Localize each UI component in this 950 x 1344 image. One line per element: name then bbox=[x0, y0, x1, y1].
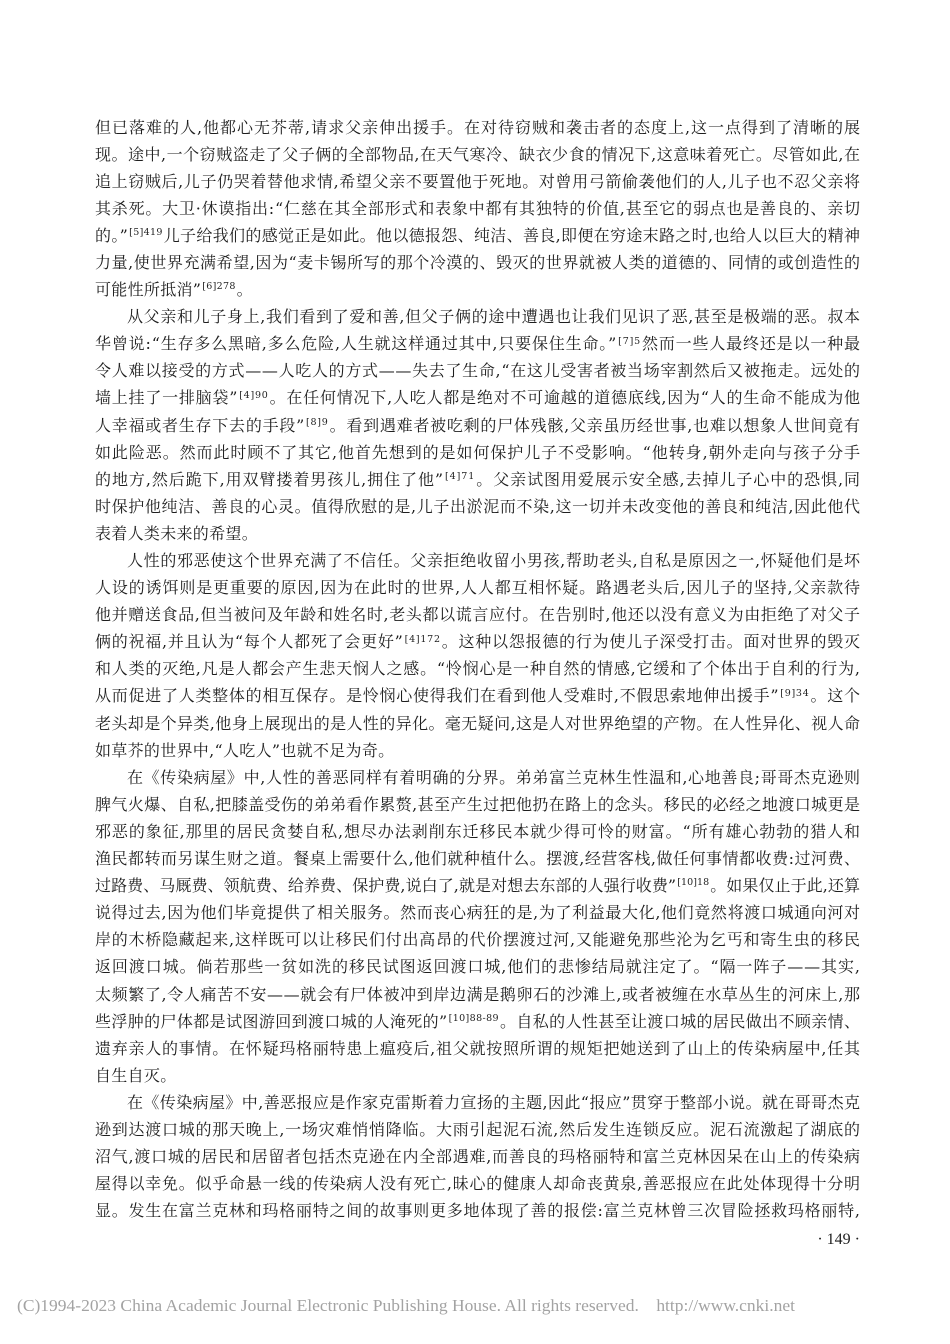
text-segment: 老头却是个异类,他身上展现出的是人性的异化。毫无疑问,这是人对世界绝望的产物。在… bbox=[95, 714, 860, 733]
line-content: 沼气,渡口城的居民和居留者包括杰克逊在内全部遇难,而善良的玛格丽特和富兰克林因呆… bbox=[95, 1143, 861, 1170]
line-content: 令人难以接受的方式——人吃人的方式——失去了生命,“在这儿受害者被当场宰割然后又… bbox=[95, 357, 861, 384]
text-line: 返回渡口城。倘若那些一贫如洗的移民试图返回渡口城,他们的悲惨结局就注定了。“隔一… bbox=[95, 953, 860, 980]
text-line: 和人类的灭绝,凡是人都会产生悲天悯人之感。“怜悯心是一种自然的情感,它缓和了个体… bbox=[95, 655, 860, 682]
text-segment: 他并赠送食品,但当被问及年龄和姓名时,老头都以谎言应付。在告别时,他还以没有意义… bbox=[95, 605, 861, 624]
text-segment: 在《传染病屋》中,人性的善恶同样有着明确的分界。弟弟富兰克林生性温和,心地善良;… bbox=[127, 768, 861, 787]
text-line: 自生自灭。 bbox=[95, 1062, 860, 1089]
line-content: 力量,使世界充满希望,因为“麦卡锡所写的那个冷漠的、毁灭的世界就被人类的道德的、… bbox=[95, 249, 861, 276]
text-segment: 人性的邪恶使这个世界充满了不信任。父亲拒绝收留小男孩,帮助老头,自私是原因之一,… bbox=[127, 551, 861, 570]
text-line: 邪恶的象征,那里的居民贪婪自私,想尽办法剥削东迁移民本就少得可怜的财富。“所有雄… bbox=[95, 818, 860, 845]
text-segment: 返回渡口城。倘若那些一贫如洗的移民试图返回渡口城,他们的悲惨结局就注定了。“隔一… bbox=[95, 957, 861, 976]
text-segment: 华曾说:“生存多么黑暗,多么危险,人生就这样通过其中,只要保住生命。” bbox=[95, 334, 617, 353]
text-line: 渔民都转而另谋生财之道。餐桌上需要什么,他们就种植什么。摆渡,经营客栈,做任何事… bbox=[95, 845, 860, 872]
text-segment: 时保护他纯洁、善良的心灵。值得欣慰的是,儿子出淤泥而不染,这一切并未改变他的善良… bbox=[95, 497, 861, 516]
text-line: 岸的木桥隐藏起来,这样既可以让移民们付出高昂的代价摆渡过河,又能避免那些沦为乞丐… bbox=[95, 926, 860, 953]
citation-superscript: [5]419 bbox=[128, 227, 164, 238]
text-line: 些浮肿的尸体都是试图游回到渡口城的人淹死的”[10]88-89。自私的人性甚至让… bbox=[95, 1008, 860, 1035]
text-line: 其杀死。大卫·休谟指出:“仁慈在其全部形式和表象中都有其独特的价值,甚至它的弱点… bbox=[95, 195, 860, 222]
article-body: 但已落难的人,他都心无芥蒂,请求父亲伸出援手。在对待窃贼和袭击者的态度上,这一点… bbox=[95, 114, 860, 1225]
line-content: 在《传染病屋》中,人性的善恶同样有着明确的分界。弟弟富兰克林生性温和,心地善良;… bbox=[127, 764, 861, 791]
text-segment: 。在任何情况下,人吃人都是绝对不可逾越的道德底线,因为“人的生命不能成为他 bbox=[270, 388, 861, 407]
text-segment: 岸的木桥隐藏起来,这样既可以让移民们付出高昂的代价摆渡过河,又能避免那些沦为乞丐… bbox=[95, 930, 861, 949]
text-segment: 可能性所抵消” bbox=[95, 280, 201, 299]
text-segment: 邪恶的象征,那里的居民贪婪自私,想尽办法剥削东迁移民本就少得可怜的财富。“所有雄… bbox=[95, 822, 861, 841]
text-segment: 追上窃贼后,儿子仍哭着替他求情,希望父亲不要置他于死地。对曾用弓箭偷袭他们的人,… bbox=[95, 172, 861, 191]
text-line: 但已落难的人,他都心无芥蒂,请求父亲伸出援手。在对待窃贼和袭击者的态度上,这一点… bbox=[95, 114, 860, 141]
text-segment: 遗弃亲人的事情。在怀疑玛格丽特患上瘟疫后,祖父就按照所谓的规矩把她送到了山上的传… bbox=[95, 1039, 861, 1058]
text-segment: 人幸福或者生存下去的手段” bbox=[95, 416, 305, 435]
text-line: 在《传染病屋》中,善恶报应是作家克雷斯着力宣扬的主题,因此“报应”贯穿于整部小说… bbox=[95, 1089, 860, 1116]
text-segment: 的。” bbox=[95, 226, 128, 245]
text-line: 的地方,然后跪下,用双臂搂着男孩儿,拥住了他”[4]71。父亲试图用爱展示安全感… bbox=[95, 466, 860, 493]
text-segment: 从父亲和儿子身上,我们看到了爱和善,但父子俩的途中遭遇也让我们见识了恶,甚至是极… bbox=[127, 307, 861, 326]
line-content: 现。途中,一个窃贼盗走了父子俩的全部物品,在天气寒冷、缺衣少食的情况下,这意味着… bbox=[95, 141, 861, 168]
line-content: 其杀死。大卫·休谟指出:“仁慈在其全部形式和表象中都有其独特的价值,甚至它的弱点… bbox=[95, 195, 861, 222]
text-segment: 屋得以幸免。似乎命悬一线的传染病人没有死亡,昧心的健康人却命丧黄泉,善恶报应在此… bbox=[95, 1174, 861, 1193]
text-line: 表着人类未来的希望。 bbox=[95, 520, 860, 547]
text-segment: 。这个 bbox=[811, 686, 861, 705]
text-segment: 现。途中,一个窃贼盗走了父子俩的全部物品,在天气寒冷、缺衣少食的情况下,这意味着… bbox=[95, 145, 861, 164]
line-content: 遗弃亲人的事情。在怀疑玛格丽特患上瘟疫后,祖父就按照所谓的规矩把她送到了山上的传… bbox=[95, 1035, 861, 1062]
text-line: 过路费、马厩费、领航费、给养费、保护费,说白了,就是对想去东部的人强行收费”[1… bbox=[95, 872, 860, 899]
text-line: 人设的诱饵则是更重要的原因,因为在此时的世界,人人都互相怀疑。路遇老头后,因儿子… bbox=[95, 574, 860, 601]
text-segment: 些浮肿的尸体都是试图游回到渡口城的人淹死的” bbox=[95, 1012, 448, 1031]
line-content: 说得过去,因为他们毕竟提供了相关服务。然而丧心病狂的是,为了利益最大化,他们竟然… bbox=[95, 899, 861, 926]
citation-superscript: [6]278 bbox=[201, 281, 236, 292]
citation-superscript: [4]71 bbox=[444, 471, 476, 482]
text-line: 可能性所抵消”[6]278。 bbox=[95, 276, 860, 303]
text-segment: 力量,使世界充满希望,因为“麦卡锡所写的那个冷漠的、毁灭的世界就被人类的道德的、… bbox=[95, 253, 861, 272]
line-content: 脾气火爆、自私,把膝盖受伤的弟弟看作累赘,甚至产生过把他扔在路上的念头。移民的必… bbox=[95, 791, 860, 818]
text-line: 他并赠送食品,但当被问及年龄和姓名时,老头都以谎言应付。在告别时,他还以没有意义… bbox=[95, 601, 860, 628]
text-segment: 如此险恶。然而此时顾不了其它,他首先想到的是如何保护儿子不受影响。“他转身,朝外… bbox=[95, 443, 861, 462]
text-segment: 。这种以怨报德的行为使儿子深受打击。面对世界的毁灭 bbox=[442, 632, 861, 651]
line-content: 从父亲和儿子身上,我们看到了爱和善,但父子俩的途中遭遇也让我们见识了恶,甚至是极… bbox=[127, 303, 861, 330]
text-line: 如此险恶。然而此时顾不了其它,他首先想到的是如何保护儿子不受影响。“他转身,朝外… bbox=[95, 439, 860, 466]
text-segment: 但已落难的人,他都心无芥蒂,请求父亲伸出援手。在对待窃贼和袭击者的态度上,这一点… bbox=[95, 118, 861, 137]
line-content: 自生自灭。 bbox=[95, 1062, 177, 1089]
line-content: 逊到达渡口城的那天晚上,一场灾难悄悄降临。大雨引起泥石流,然后发生连锁反应。泥石… bbox=[95, 1116, 861, 1143]
text-segment: 令人难以接受的方式——人吃人的方式——失去了生命,“在这儿受害者被当场宰割然后又… bbox=[95, 361, 861, 380]
text-line: 沼气,渡口城的居民和居留者包括杰克逊在内全部遇难,而善良的玛格丽特和富兰克林因呆… bbox=[95, 1143, 860, 1170]
text-line: 华曾说:“生存多么黑暗,多么危险,人生就这样通过其中,只要保住生命。”[7]5然… bbox=[95, 330, 860, 357]
line-content: 人设的诱饵则是更重要的原因,因为在此时的世界,人人都互相怀疑。路遇老头后,因儿子… bbox=[95, 574, 861, 601]
line-content: 人性的邪恶使这个世界充满了不信任。父亲拒绝收留小男孩,帮助老头,自私是原因之一,… bbox=[127, 547, 861, 574]
text-line: 从父亲和儿子身上,我们看到了爱和善,但父子俩的途中遭遇也让我们见识了恶,甚至是极… bbox=[95, 303, 860, 330]
text-segment: 的地方,然后跪下,用双臂搂着男孩儿,拥住了他” bbox=[95, 470, 444, 489]
paragraph: 人性的邪恶使这个世界充满了不信任。父亲拒绝收留小男孩,帮助老头,自私是原因之一,… bbox=[95, 547, 860, 764]
line-content: 表着人类未来的希望。 bbox=[95, 520, 258, 547]
text-segment: 其杀死。大卫·休谟指出:“仁慈在其全部形式和表象中都有其独特的价值,甚至它的弱点… bbox=[95, 199, 861, 218]
text-segment: 人设的诱饵则是更重要的原因,因为在此时的世界,人人都互相怀疑。路遇老头后,因儿子… bbox=[95, 578, 861, 597]
text-line: 脾气火爆、自私,把膝盖受伤的弟弟看作累赘,甚至产生过把他扔在路上的念头。移民的必… bbox=[95, 791, 860, 818]
line-content: 返回渡口城。倘若那些一贫如洗的移民试图返回渡口城,他们的悲惨结局就注定了。“隔一… bbox=[95, 953, 861, 980]
text-line: 太频繁了,令人痛苦不安——就会有尸体被冲到岸边满是鹅卵石的沙滩上,或者被缠在水草… bbox=[95, 981, 860, 1008]
line-content: 墙上挂了一排脑袋”[4]90。在任何情况下,人吃人都是绝对不可逾越的道德底线,因… bbox=[95, 384, 861, 411]
text-segment: 太频繁了,令人痛苦不安——就会有尸体被冲到岸边满是鹅卵石的沙滩上,或者被缠在水草… bbox=[95, 985, 861, 1004]
citation-superscript: [4]90 bbox=[238, 390, 269, 401]
line-content: 过路费、马厩费、领航费、给养费、保护费,说白了,就是对想去东部的人强行收费”[1… bbox=[95, 872, 860, 899]
citation-superscript: [9]34 bbox=[779, 688, 810, 699]
line-content: 从而促进了人类整体的相互保存。是怜悯心使得我们在看到他人受难时,不假思索地伸出援… bbox=[95, 682, 861, 709]
text-line: 显。发生在富兰克林和玛格丽特之间的故事则更多地体现了善的报偿:富兰克林曾三次冒险… bbox=[95, 1197, 860, 1224]
line-content: 如草芥的世界中,“人吃人”也就不足为奇。 bbox=[95, 737, 394, 764]
text-line: 遗弃亲人的事情。在怀疑玛格丽特患上瘟疫后,祖父就按照所谓的规矩把她送到了山上的传… bbox=[95, 1035, 860, 1062]
text-segment: 俩的祝福,并且认为“每个人都死了会更好” bbox=[95, 632, 404, 651]
text-segment: 沼气,渡口城的居民和居留者包括杰克逊在内全部遇难,而善良的玛格丽特和富兰克林因呆… bbox=[95, 1147, 861, 1166]
text-line: 现。途中,一个窃贼盗走了父子俩的全部物品,在天气寒冷、缺衣少食的情况下,这意味着… bbox=[95, 141, 860, 168]
line-content: 在《传染病屋》中,善恶报应是作家克雷斯着力宣扬的主题,因此“报应”贯穿于整部小说… bbox=[127, 1089, 860, 1116]
line-content: 的。”[5]419儿子给我们的感觉正是如此。他以德报怨、纯洁、善良,即便在穷途末… bbox=[95, 222, 860, 249]
text-segment: 然而一些人最终还是以一种最 bbox=[642, 334, 861, 353]
text-line: 人幸福或者生存下去的手段”[8]9。看到遇难者被吃剩的尸体残骸,父亲虽历经世事,… bbox=[95, 412, 860, 439]
text-line: 的。”[5]419儿子给我们的感觉正是如此。他以德报怨、纯洁、善良,即便在穷途末… bbox=[95, 222, 860, 249]
line-content: 如此险恶。然而此时顾不了其它,他首先想到的是如何保护儿子不受影响。“他转身,朝外… bbox=[95, 439, 861, 466]
text-segment: 过路费、马厩费、领航费、给养费、保护费,说白了,就是对想去东部的人强行收费” bbox=[95, 876, 676, 895]
text-line: 从而促进了人类整体的相互保存。是怜悯心使得我们在看到他人受难时,不假思索地伸出援… bbox=[95, 682, 860, 709]
text-segment: 。父亲试图用爱展示安全感,去掉儿子心中的恐惧,同 bbox=[476, 470, 861, 489]
line-content: 渔民都转而另谋生财之道。餐桌上需要什么,他们就种植什么。摆渡,经营客栈,做任何事… bbox=[95, 845, 861, 872]
paragraph: 从父亲和儿子身上,我们看到了爱和善,但父子俩的途中遭遇也让我们见识了恶,甚至是极… bbox=[95, 303, 860, 547]
line-content: 他并赠送食品,但当被问及年龄和姓名时,老头都以谎言应付。在告别时,他还以没有意义… bbox=[95, 601, 861, 628]
line-content: 时保护他纯洁、善良的心灵。值得欣慰的是,儿子出淤泥而不染,这一切并未改变他的善良… bbox=[95, 493, 861, 520]
text-line: 老头却是个异类,他身上展现出的是人性的异化。毫无疑问,这是人对世界绝望的产物。在… bbox=[95, 710, 860, 737]
text-line: 人性的邪恶使这个世界充满了不信任。父亲拒绝收留小男孩,帮助老头,自私是原因之一,… bbox=[95, 547, 860, 574]
citation-superscript: [10]18 bbox=[676, 877, 710, 888]
line-content: 和人类的灭绝,凡是人都会产生悲天悯人之感。“怜悯心是一种自然的情感,它缓和了个体… bbox=[95, 655, 861, 682]
text-segment: 。如果仅止于此,还算 bbox=[710, 876, 860, 895]
line-content: 但已落难的人,他都心无芥蒂,请求父亲伸出援手。在对待窃贼和袭击者的态度上,这一点… bbox=[95, 114, 861, 141]
text-line: 追上窃贼后,儿子仍哭着替他求情,希望父亲不要置他于死地。对曾用弓箭偷袭他们的人,… bbox=[95, 168, 860, 195]
text-segment: 墙上挂了一排脑袋” bbox=[95, 388, 238, 407]
citation-superscript: [8]9 bbox=[305, 417, 330, 428]
text-line: 墙上挂了一排脑袋”[4]90。在任何情况下,人吃人都是绝对不可逾越的道德底线,因… bbox=[95, 384, 860, 411]
text-segment: 显。发生在富兰克林和玛格丽特之间的故事则更多地体现了善的报偿:富兰克林曾三次冒险… bbox=[95, 1201, 861, 1220]
line-content: 些浮肿的尸体都是试图游回到渡口城的人淹死的”[10]88-89。自私的人性甚至让… bbox=[95, 1008, 860, 1035]
line-content: 显。发生在富兰克林和玛格丽特之间的故事则更多地体现了善的报偿:富兰克林曾三次冒险… bbox=[95, 1197, 861, 1224]
line-content: 太频繁了,令人痛苦不安——就会有尸体被冲到岸边满是鹅卵石的沙滩上,或者被缠在水草… bbox=[95, 981, 861, 1008]
text-segment: 。自私的人性甚至让渡口城的居民做出不顾亲情、 bbox=[500, 1012, 860, 1031]
paragraph: 在《传染病屋》中,善恶报应是作家克雷斯着力宣扬的主题,因此“报应”贯穿于整部小说… bbox=[95, 1089, 860, 1224]
text-segment: 从而促进了人类整体的相互保存。是怜悯心使得我们在看到他人受难时,不假思索地伸出援… bbox=[95, 686, 779, 705]
text-segment: 在《传染病屋》中,善恶报应是作家克雷斯着力宣扬的主题,因此“报应”贯穿于整部小说… bbox=[127, 1093, 860, 1112]
copyright-footer: (C)1994-2023 China Academic Journal Elec… bbox=[17, 1295, 795, 1317]
citation-superscript: [10]88-89 bbox=[448, 1013, 500, 1024]
citation-superscript: [4]172 bbox=[404, 634, 442, 645]
text-segment: 说得过去,因为他们毕竟提供了相关服务。然而丧心病狂的是,为了利益最大化,他们竟然… bbox=[95, 903, 861, 922]
line-content: 追上窃贼后,儿子仍哭着替他求情,希望父亲不要置他于死地。对曾用弓箭偷袭他们的人,… bbox=[95, 168, 861, 195]
text-line: 屋得以幸免。似乎命悬一线的传染病人没有死亡,昧心的健康人却命丧黄泉,善恶报应在此… bbox=[95, 1170, 860, 1197]
text-segment: 。 bbox=[237, 280, 253, 299]
line-content: 可能性所抵消”[6]278。 bbox=[95, 276, 253, 303]
text-segment: 脾气火爆、自私,把膝盖受伤的弟弟看作累赘,甚至产生过把他扔在路上的念头。移民的必… bbox=[95, 795, 860, 814]
text-line: 逊到达渡口城的那天晚上,一场灾难悄悄降临。大雨引起泥石流,然后发生连锁反应。泥石… bbox=[95, 1116, 860, 1143]
line-content: 的地方,然后跪下,用双臂搂着男孩儿,拥住了他”[4]71。父亲试图用爱展示安全感… bbox=[95, 466, 861, 493]
paragraph: 但已落难的人,他都心无芥蒂,请求父亲伸出援手。在对待窃贼和袭击者的态度上,这一点… bbox=[95, 114, 860, 304]
line-content: 老头却是个异类,他身上展现出的是人性的异化。毫无疑问,这是人对世界绝望的产物。在… bbox=[95, 710, 860, 737]
text-line: 如草芥的世界中,“人吃人”也就不足为奇。 bbox=[95, 737, 860, 764]
line-content: 屋得以幸免。似乎命悬一线的传染病人没有死亡,昧心的健康人却命丧黄泉,善恶报应在此… bbox=[95, 1170, 861, 1197]
text-line: 俩的祝福,并且认为“每个人都死了会更好”[4]172。这种以怨报德的行为使儿子深… bbox=[95, 628, 860, 655]
text-segment: 表着人类未来的希望。 bbox=[95, 524, 258, 543]
text-line: 在《传染病屋》中,人性的善恶同样有着明确的分界。弟弟富兰克林生性温和,心地善良;… bbox=[95, 764, 860, 791]
paragraph: 在《传染病屋》中,人性的善恶同样有着明确的分界。弟弟富兰克林生性温和,心地善良;… bbox=[95, 764, 860, 1089]
line-content: 人幸福或者生存下去的手段”[8]9。看到遇难者被吃剩的尸体残骸,父亲虽历经世事,… bbox=[95, 412, 861, 439]
text-line: 令人难以接受的方式——人吃人的方式——失去了生命,“在这儿受害者被当场宰割然后又… bbox=[95, 357, 860, 384]
text-segment: 渔民都转而另谋生财之道。餐桌上需要什么,他们就种植什么。摆渡,经营客栈,做任何事… bbox=[95, 849, 861, 868]
line-content: 俩的祝福,并且认为“每个人都死了会更好”[4]172。这种以怨报德的行为使儿子深… bbox=[95, 628, 861, 655]
text-segment: 儿子给我们的感觉正是如此。他以德报怨、纯洁、善良,即便在穷途末路之时,也给人以巨… bbox=[164, 226, 861, 245]
text-line: 时保护他纯洁、善良的心灵。值得欣慰的是,儿子出淤泥而不染,这一切并未改变他的善良… bbox=[95, 493, 860, 520]
text-segment: 逊到达渡口城的那天晚上,一场灾难悄悄降临。大雨引起泥石流,然后发生连锁反应。泥石… bbox=[95, 1120, 861, 1139]
text-segment: 如草芥的世界中,“人吃人”也就不足为奇。 bbox=[95, 741, 394, 760]
page-number: · 149 · bbox=[817, 1229, 860, 1251]
line-content: 岸的木桥隐藏起来,这样既可以让移民们付出高昂的代价摆渡过河,又能避免那些沦为乞丐… bbox=[95, 926, 861, 953]
text-segment: 。看到遇难者被吃剩的尸体残骸,父亲虽历经世事,也难以想象人世间竟有 bbox=[330, 416, 861, 435]
line-content: 华曾说:“生存多么黑暗,多么危险,人生就这样通过其中,只要保住生命。”[7]5然… bbox=[95, 330, 861, 357]
text-segment: 和人类的灭绝,凡是人都会产生悲天悯人之感。“怜悯心是一种自然的情感,它缓和了个体… bbox=[95, 659, 861, 678]
citation-superscript: [7]5 bbox=[617, 336, 642, 347]
text-segment: 自生自灭。 bbox=[95, 1066, 177, 1085]
text-line: 说得过去,因为他们毕竟提供了相关服务。然而丧心病狂的是,为了利益最大化,他们竟然… bbox=[95, 899, 860, 926]
text-line: 力量,使世界充满希望,因为“麦卡锡所写的那个冷漠的、毁灭的世界就被人类的道德的、… bbox=[95, 249, 860, 276]
line-content: 邪恶的象征,那里的居民贪婪自私,想尽办法剥削东迁移民本就少得可怜的财富。“所有雄… bbox=[95, 818, 861, 845]
